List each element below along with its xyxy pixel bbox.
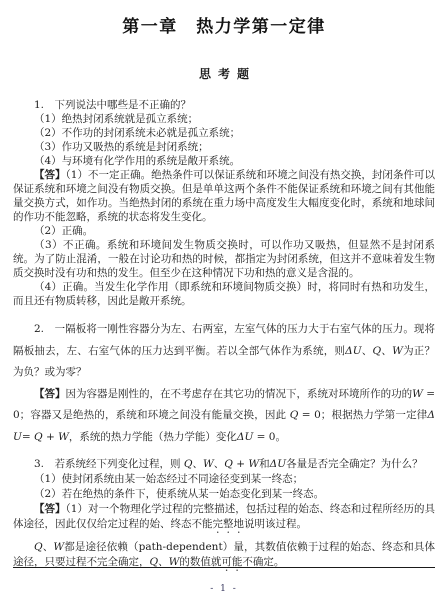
document-body: 1. 下列说法中哪些是不正确的？ （1）绝热封闭系统就是孤立系统； （2）不作功…: [13, 98, 435, 574]
answer-2: 【答】因为容器是刚性的，在不考虑存在其它功的情况下，系统对环境所作的功的W = …: [13, 384, 435, 449]
q1-option-2: （2）不作功的封闭系统未必就是孤立系统；: [13, 126, 435, 140]
chapter-title: 第一章 热力学第一定律: [0, 0, 448, 37]
section-heading: 思考题: [0, 65, 448, 82]
question-3: 3. 若系统经下列变化过程，则 Q、W、Q + W和ΔU各量是否完全确定？为什么…: [13, 457, 435, 472]
q1-option-4: （4）与环境有化学作用的系统是敞开系统。: [13, 154, 435, 168]
answer-3-part-2: Q、W都是途径依赖（path-dependent）量，其数值依赖于过程的始态、终…: [13, 540, 435, 574]
answer-1-part-3: （3）不正确。系统和环境间发生物质交换时，可以作功又吸热，但显然不是封闭系统。为…: [13, 238, 435, 280]
question-1: 1. 下列说法中哪些是不正确的？: [13, 98, 435, 112]
page-number: - 1 -: [0, 584, 448, 594]
q1-option-3: （3）作功又吸热的系统是封闭系统；: [13, 140, 435, 154]
footer-divider: [13, 567, 435, 568]
q1-option-1: （1）绝热封闭系统就是孤立系统；: [13, 112, 435, 126]
answer-1-part-4: （4）正确。当发生化学作用（即系统和环境间物质交换）时，将同时有热和功发生，而且…: [13, 280, 435, 308]
answer-1-part-1: 【答】（1）不一定正确。绝热条件可以保证系统和环境之间没有热交换，封闭条件可以保…: [13, 168, 435, 224]
answer-3-part-1: 【答】（1）对一个物理化学过程的完整描述，包括过程的始态、终态和过程所经历的具体…: [13, 502, 435, 536]
document-page: 第一章 热力学第一定律 思考题 1. 下列说法中哪些是不正确的？ （1）绝热封闭…: [0, 0, 448, 606]
answer-1-part-2: （2）正确。: [13, 224, 435, 238]
q3-option-2: （2）若在绝热的条件下，使系统从某一始态变化到某一终态。: [13, 487, 435, 502]
q3-option-1: （1）使封闭系统由某一始态经过不同途径变到某一终态；: [13, 472, 435, 487]
question-2: 2. 一隔板将一刚性容器分为左、右两室，左室气体的压力大于右室气体的压力。现将隔…: [13, 319, 435, 384]
